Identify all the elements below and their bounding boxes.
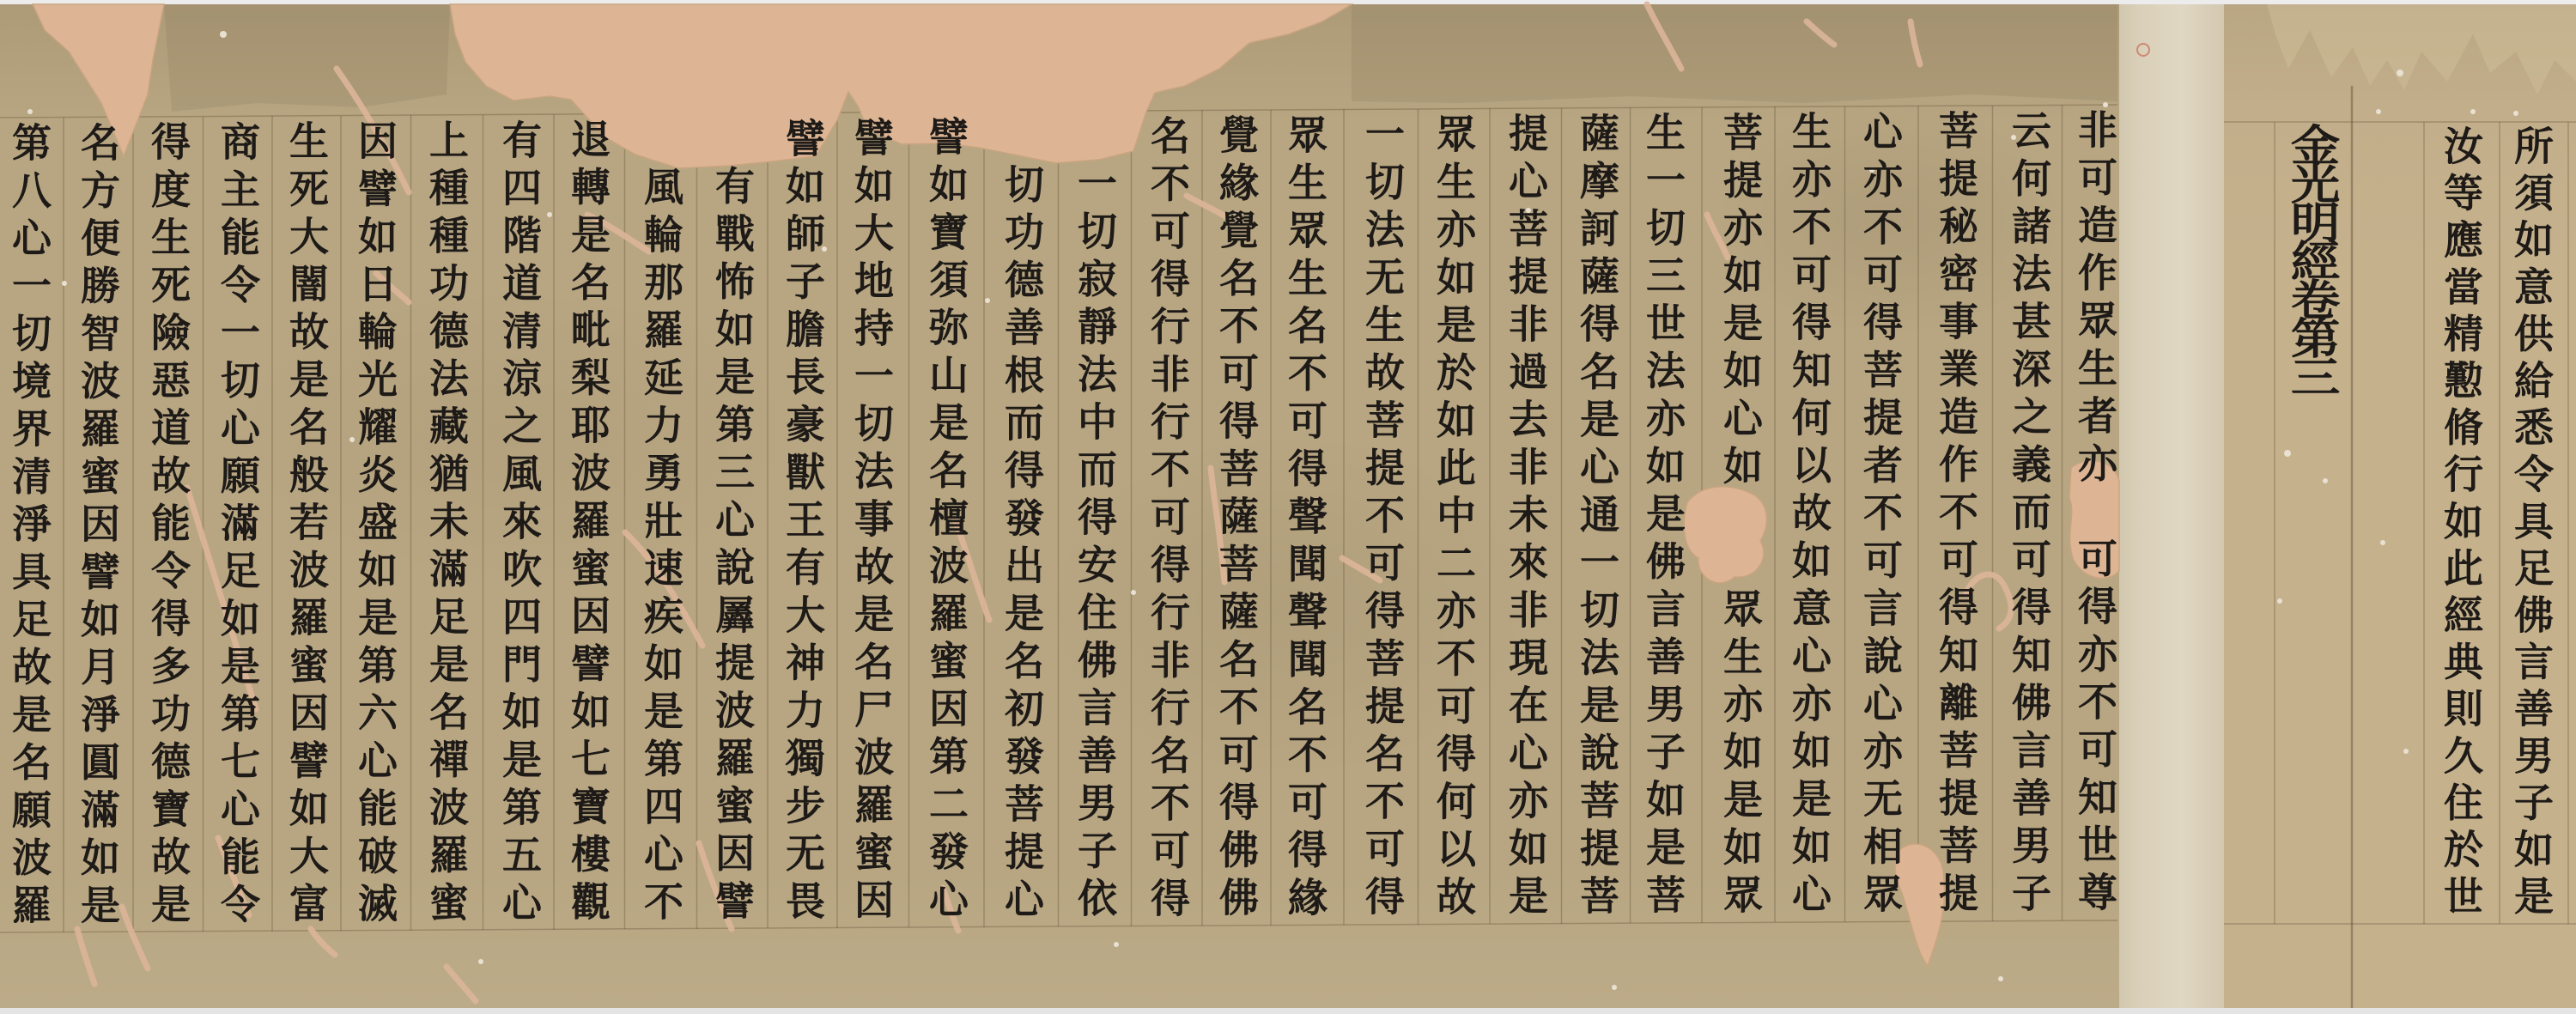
text-column: 菩提秘密事業造作不可得知離菩提菩提	[1932, 110, 1980, 934]
manuscript-scroll: 所須如意供給悉令具足佛言善男子如是 汝等應當精懃脩行如此經典則久住於世 金光明經…	[0, 0, 2576, 1014]
text-column: 生一切三世法亦如是佛言善男子如是菩	[1639, 112, 1687, 936]
sutra-title: 金光明經卷第三	[2280, 123, 2343, 415]
text-column: 譬如寶須弥山是名檀波羅蜜因第二發心	[922, 116, 970, 940]
seal-mark	[2137, 44, 2149, 56]
text-column: 切功德善根而得發出是名初發菩提心	[998, 116, 1046, 940]
text-column: 名方便勝智波羅蜜因譬如月淨圓滿如是	[74, 122, 122, 946]
text-column: 眾生亦如是於如此中二亦不可得何以故	[1430, 113, 1478, 938]
text-column: 提心菩提非過去非未來非現在心亦如是	[1502, 112, 1550, 937]
text-column: 得度生死險惡道故能令得多功德寶故是	[144, 121, 192, 945]
text-column-right-2: 汝等應當精懃脩行如此經典則久住於世	[2437, 125, 2485, 950]
text-column: 一切寂靜法中而得安住佛言善男子依	[1071, 115, 1119, 939]
text-column: 商主能令一切心願滿足如是第七心能令	[214, 121, 262, 945]
text-column: 菩提亦如是如心如 眾生亦如是如眾	[1716, 112, 1765, 936]
text-column: 薩摩訶薩得名是心通一切法是說菩提菩	[1573, 112, 1621, 937]
text-column: 名不可得行非行不可得行非行名不可得	[1144, 115, 1192, 939]
text-column: 覺緣覺名不可得菩薩菩薩名不可得佛佛	[1212, 114, 1261, 938]
text-column-right-1: 所須如意供給悉令具足佛言善男子如是	[2507, 125, 2555, 950]
water-stain-tidelines	[2267, 4, 2576, 94]
text-column: 第八心一切境界清淨具足故是名願波羅	[5, 122, 53, 946]
text-column: 非可造作眾生者亦 可得亦不可知世尊	[2071, 109, 2119, 933]
text-column: 云何諸法甚深之義而可得知佛言善男子	[2005, 110, 2053, 934]
text-column: 譬如師子膽長豪獸王有大神力獨步无畏	[779, 118, 827, 942]
text-column: 有戰怖如是第三心說羼提波羅蜜因譬	[708, 118, 756, 942]
text-column: 有四階道清涼之風來吹四門如是第五心	[495, 119, 544, 944]
text-column: 上種種功德法藏猶未滿足是名禪波羅蜜	[422, 119, 471, 944]
text-column: 眾生眾生名不可得聲聞聲聞名不可得緣	[1281, 114, 1329, 938]
text-column: 譬如大地持一切法事故是名尸波羅蜜因	[848, 117, 896, 941]
text-column: 一切法无生故菩提不可得菩提名不可得	[1358, 113, 1406, 938]
text-column: 因譬如日輪光耀炎盛如是第六心能破滅	[351, 120, 399, 944]
text-column: 風輪那羅延力勇壯速疾如是第四心不	[637, 118, 685, 943]
text-column: 生死大闇故是名般若波羅蜜因譬如大富	[283, 120, 331, 944]
text-column: 心亦不可得菩提者不可言說心亦无相眾	[1856, 111, 1905, 935]
text-column: 生亦不可得知何以故如意心亦如是如心	[1785, 111, 1833, 935]
text-column: 退轉是名毗梨耶波羅蜜因譬如七寶樓觀	[564, 118, 612, 943]
